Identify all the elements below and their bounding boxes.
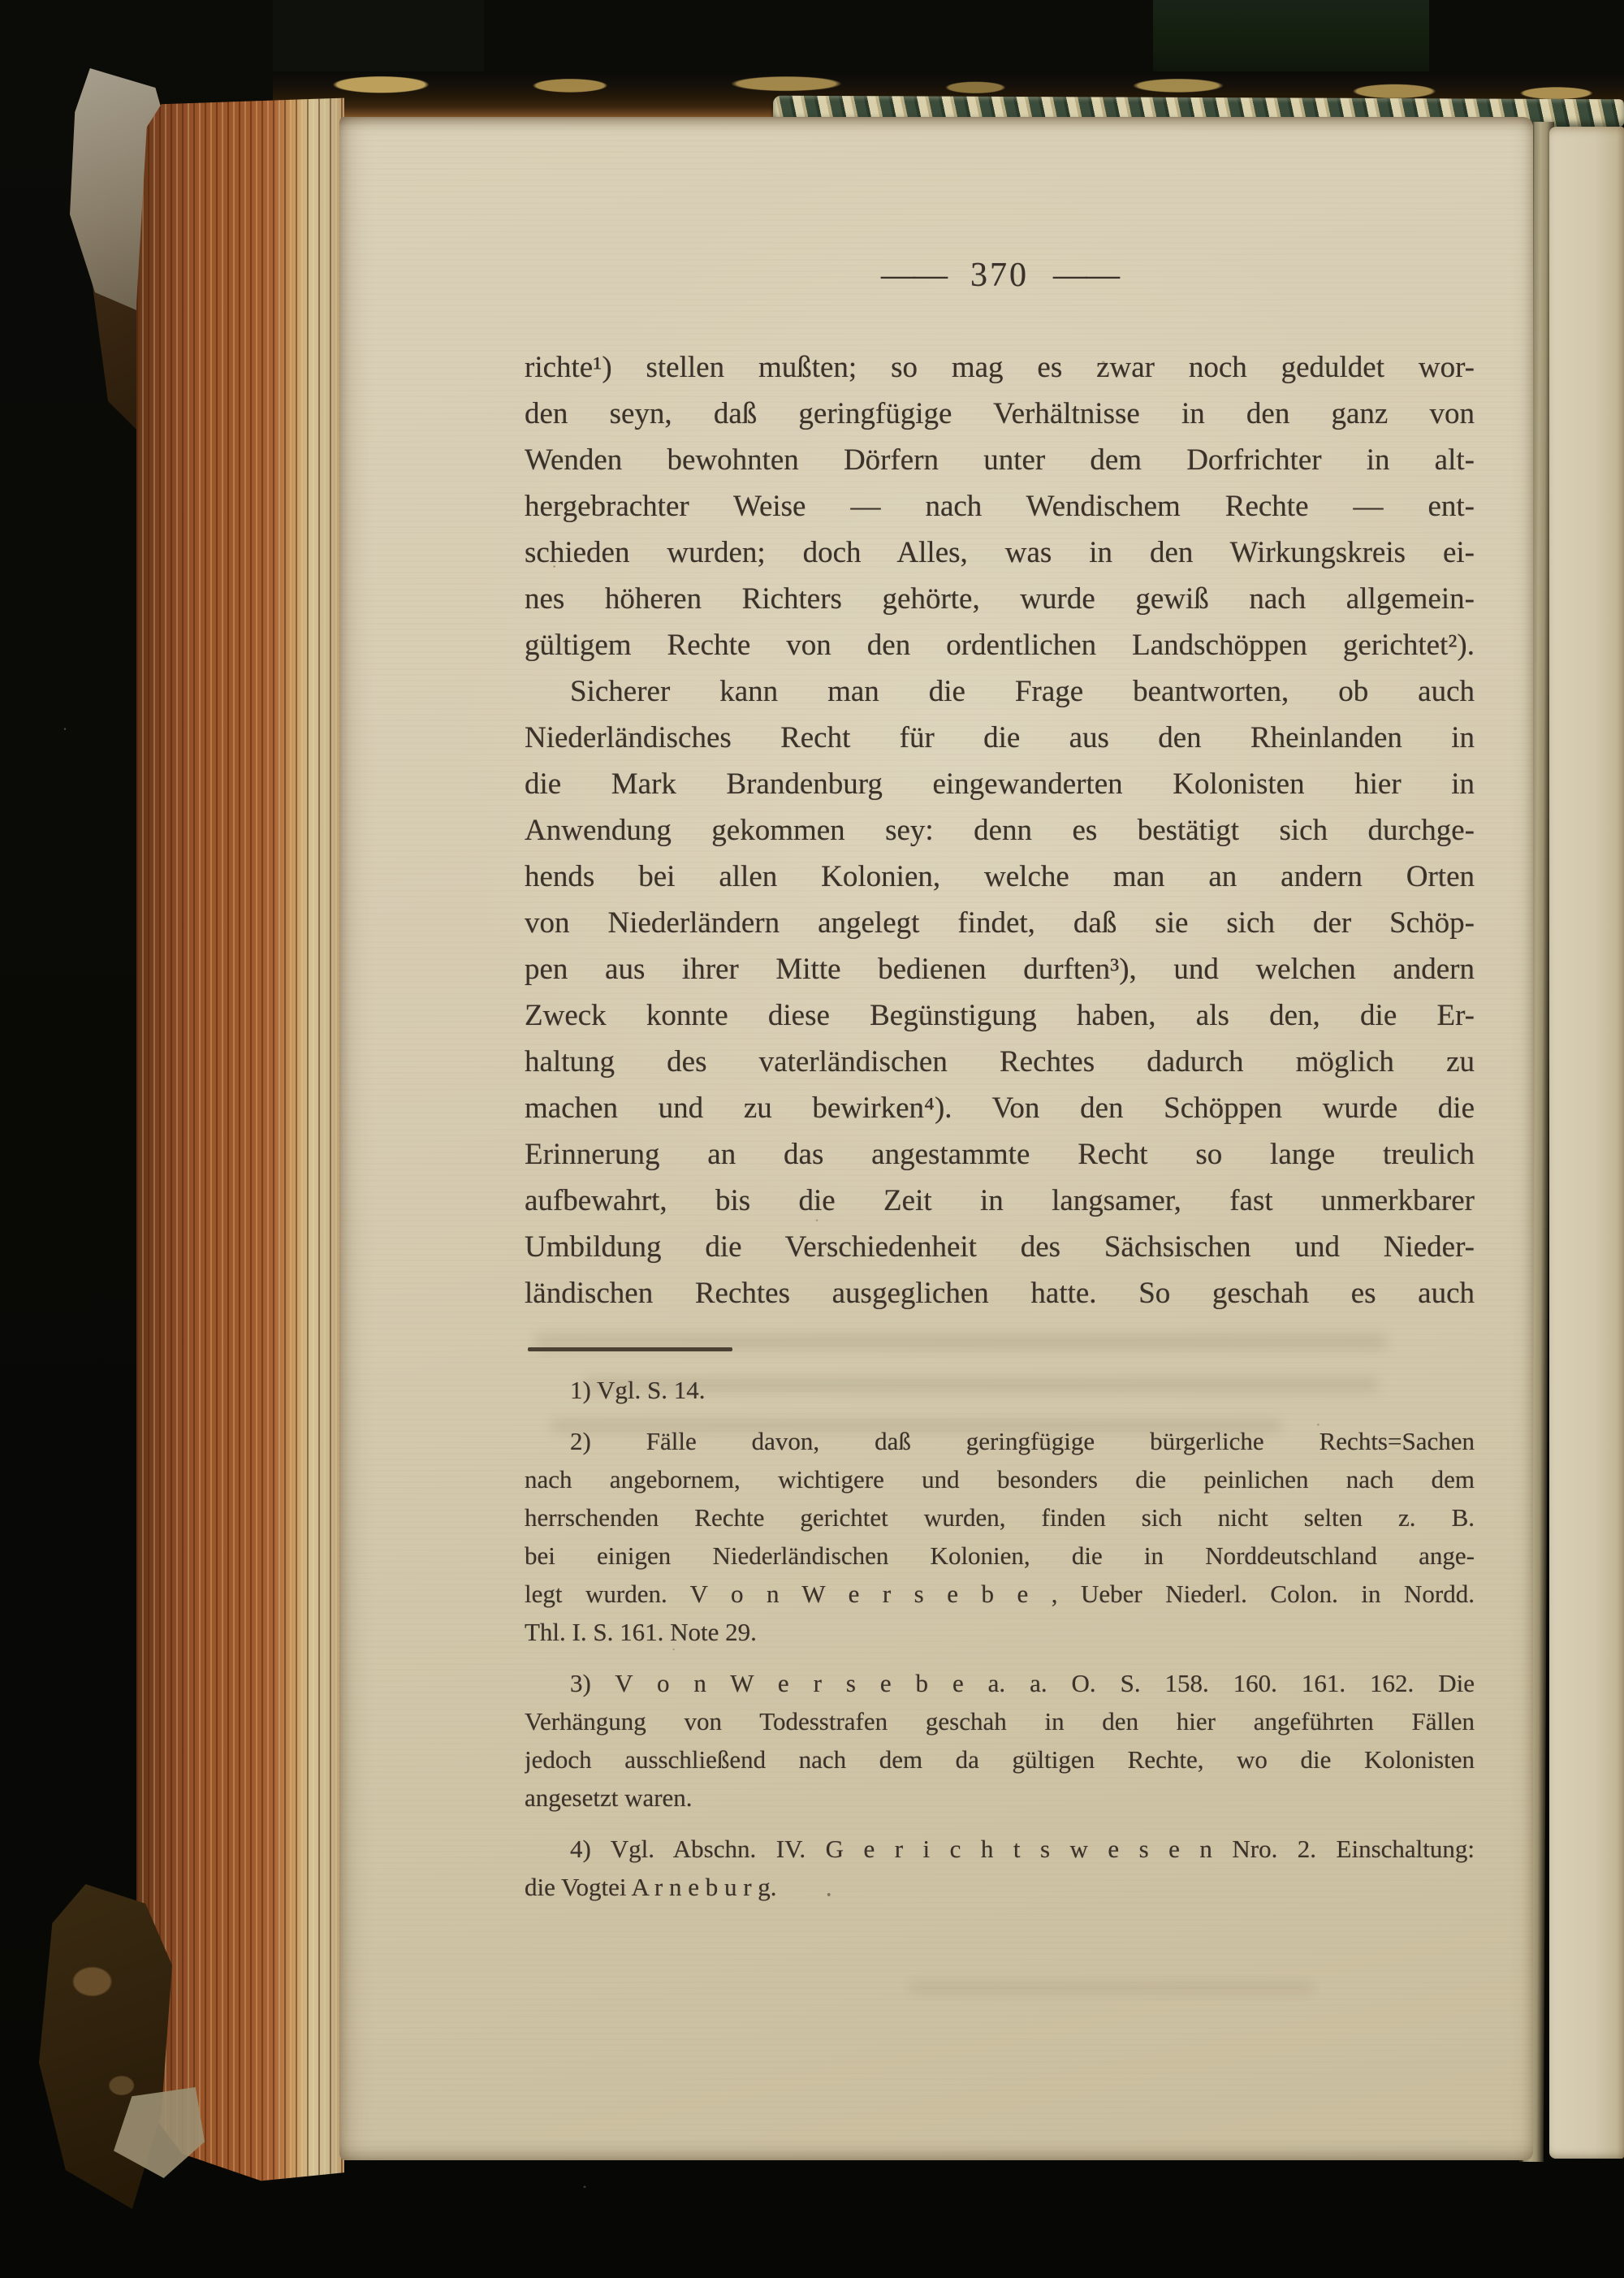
footnote-line: angesetzt waren. <box>525 1779 1475 1817</box>
fore-edge-pages <box>136 96 344 2183</box>
footnote-line: 4) Vgl. Abschn. IV. G e r i c h t s w e … <box>525 1830 1475 1868</box>
book-board-top-left <box>273 0 484 75</box>
footnote-separator <box>528 1347 732 1351</box>
footnote-line: bei einigen Niederländischen Kolonien, d… <box>525 1537 1475 1575</box>
footnote-line: 3) V o n W e r s e b e a. a. O. S. 158. … <box>525 1664 1475 1702</box>
body-line: Erinnerung an das angestammte Recht so l… <box>525 1131 1475 1178</box>
body-line: richte¹) stellen mußten; so mag es zwar … <box>525 344 1475 391</box>
body-line: Umbildung die Verschiedenheit des Sächsi… <box>525 1224 1475 1270</box>
footnote-line: 1) Vgl. S. 14. <box>525 1371 1475 1409</box>
body-line: Anwendung gekommen sey: denn es bestätig… <box>525 807 1475 854</box>
footnote-group-2: 2) Fälle davon, daß geringfügige bürgerl… <box>525 1422 1475 1651</box>
body-line: Wenden bewohnten Dörfern unter dem Dorfr… <box>525 437 1475 483</box>
page-number-dash-right: —— <box>1053 257 1118 294</box>
footnote-line: herrschenden Rechte gerichtet wurden, fi… <box>525 1498 1475 1537</box>
body-line: hends bei allen Kolonien, welche man an … <box>525 854 1475 900</box>
body-text: richte¹) stellen mußten; so mag es zwar … <box>525 344 1475 1316</box>
page-number-dash-left: —— <box>881 257 946 294</box>
body-line: pen aus ihrer Mitte bedienen durften³), … <box>525 946 1475 992</box>
body-line: hergebrachter Weise — nach Wendischem Re… <box>525 483 1475 530</box>
body-line: ländischen Rechtes ausgeglichen hatte. S… <box>525 1270 1475 1316</box>
body-line: schieden wurden; doch Alles, was in den … <box>525 530 1475 576</box>
body-line: von Niederländern angelegt findet, daß s… <box>525 900 1475 946</box>
page-text-column: —— 370 —— richte¹) stellen mußten; so ma… <box>525 117 1475 1906</box>
page-number-group: —— 370 —— <box>525 257 1475 294</box>
book-board-top-right <box>1153 0 1429 78</box>
body-line: die Mark Brandenburg eingewanderten Kolo… <box>525 761 1475 807</box>
body-line: Zweck konnte diese Begünstigung haben, a… <box>525 992 1475 1039</box>
body-line: gültigem Rechte von den ordentlichen Lan… <box>525 622 1475 668</box>
footnotes: 1) Vgl. S. 14. 2) Fälle davon, daß gerin… <box>525 1371 1475 1906</box>
body-line: nes höheren Richters gehörte, wurde gewi… <box>525 576 1475 622</box>
footnote-line: jedoch ausschließend nach dem da gültige… <box>525 1740 1475 1779</box>
footnote-line: die Vogtei A r n e b u r g. <box>525 1868 1475 1906</box>
footnote-group-1: 1) Vgl. S. 14. <box>525 1371 1475 1409</box>
body-line: machen und zu bewirken⁴). Von den Schöpp… <box>525 1085 1475 1131</box>
footnote-group-4: 4) Vgl. Abschn. IV. G e r i c h t s w e … <box>525 1830 1475 1906</box>
body-line: Niederländisches Recht für die aus den R… <box>525 715 1475 761</box>
footnote-line: 2) Fälle davon, daß geringfügige bürgerl… <box>525 1422 1475 1460</box>
showthrough-smudge <box>908 1982 1314 1994</box>
scanned-book-photo: —— 370 —— richte¹) stellen mußten; so ma… <box>0 0 1624 2278</box>
footnote-line: legt wurden. V o n W e r s e b e , Ueber… <box>525 1575 1475 1613</box>
footnote-group-3: 3) V o n W e r s e b e a. a. O. S. 158. … <box>525 1664 1475 1817</box>
book-page: —— 370 —— richte¹) stellen mußten; so ma… <box>339 117 1533 2160</box>
body-line: haltung des vaterländischen Rechtes dadu… <box>525 1039 1475 1085</box>
body-line: den seyn, daß geringfügige Verhältnisse … <box>525 391 1475 437</box>
body-line: aufbewahrt, bis die Zeit in langsamer, f… <box>525 1178 1475 1224</box>
footnote-line: nach angebornem, wichtigere und besonder… <box>525 1460 1475 1498</box>
footnote-line: Verhängung von Todesstrafen geschah in d… <box>525 1702 1475 1740</box>
adjacent-page-edge <box>1549 127 1624 2159</box>
page-number: 370 <box>970 257 1029 294</box>
body-line: Sicherer kann man die Frage beantworten,… <box>525 668 1475 715</box>
footnote-line: Thl. I. S. 161. Note 29. <box>525 1613 1475 1651</box>
